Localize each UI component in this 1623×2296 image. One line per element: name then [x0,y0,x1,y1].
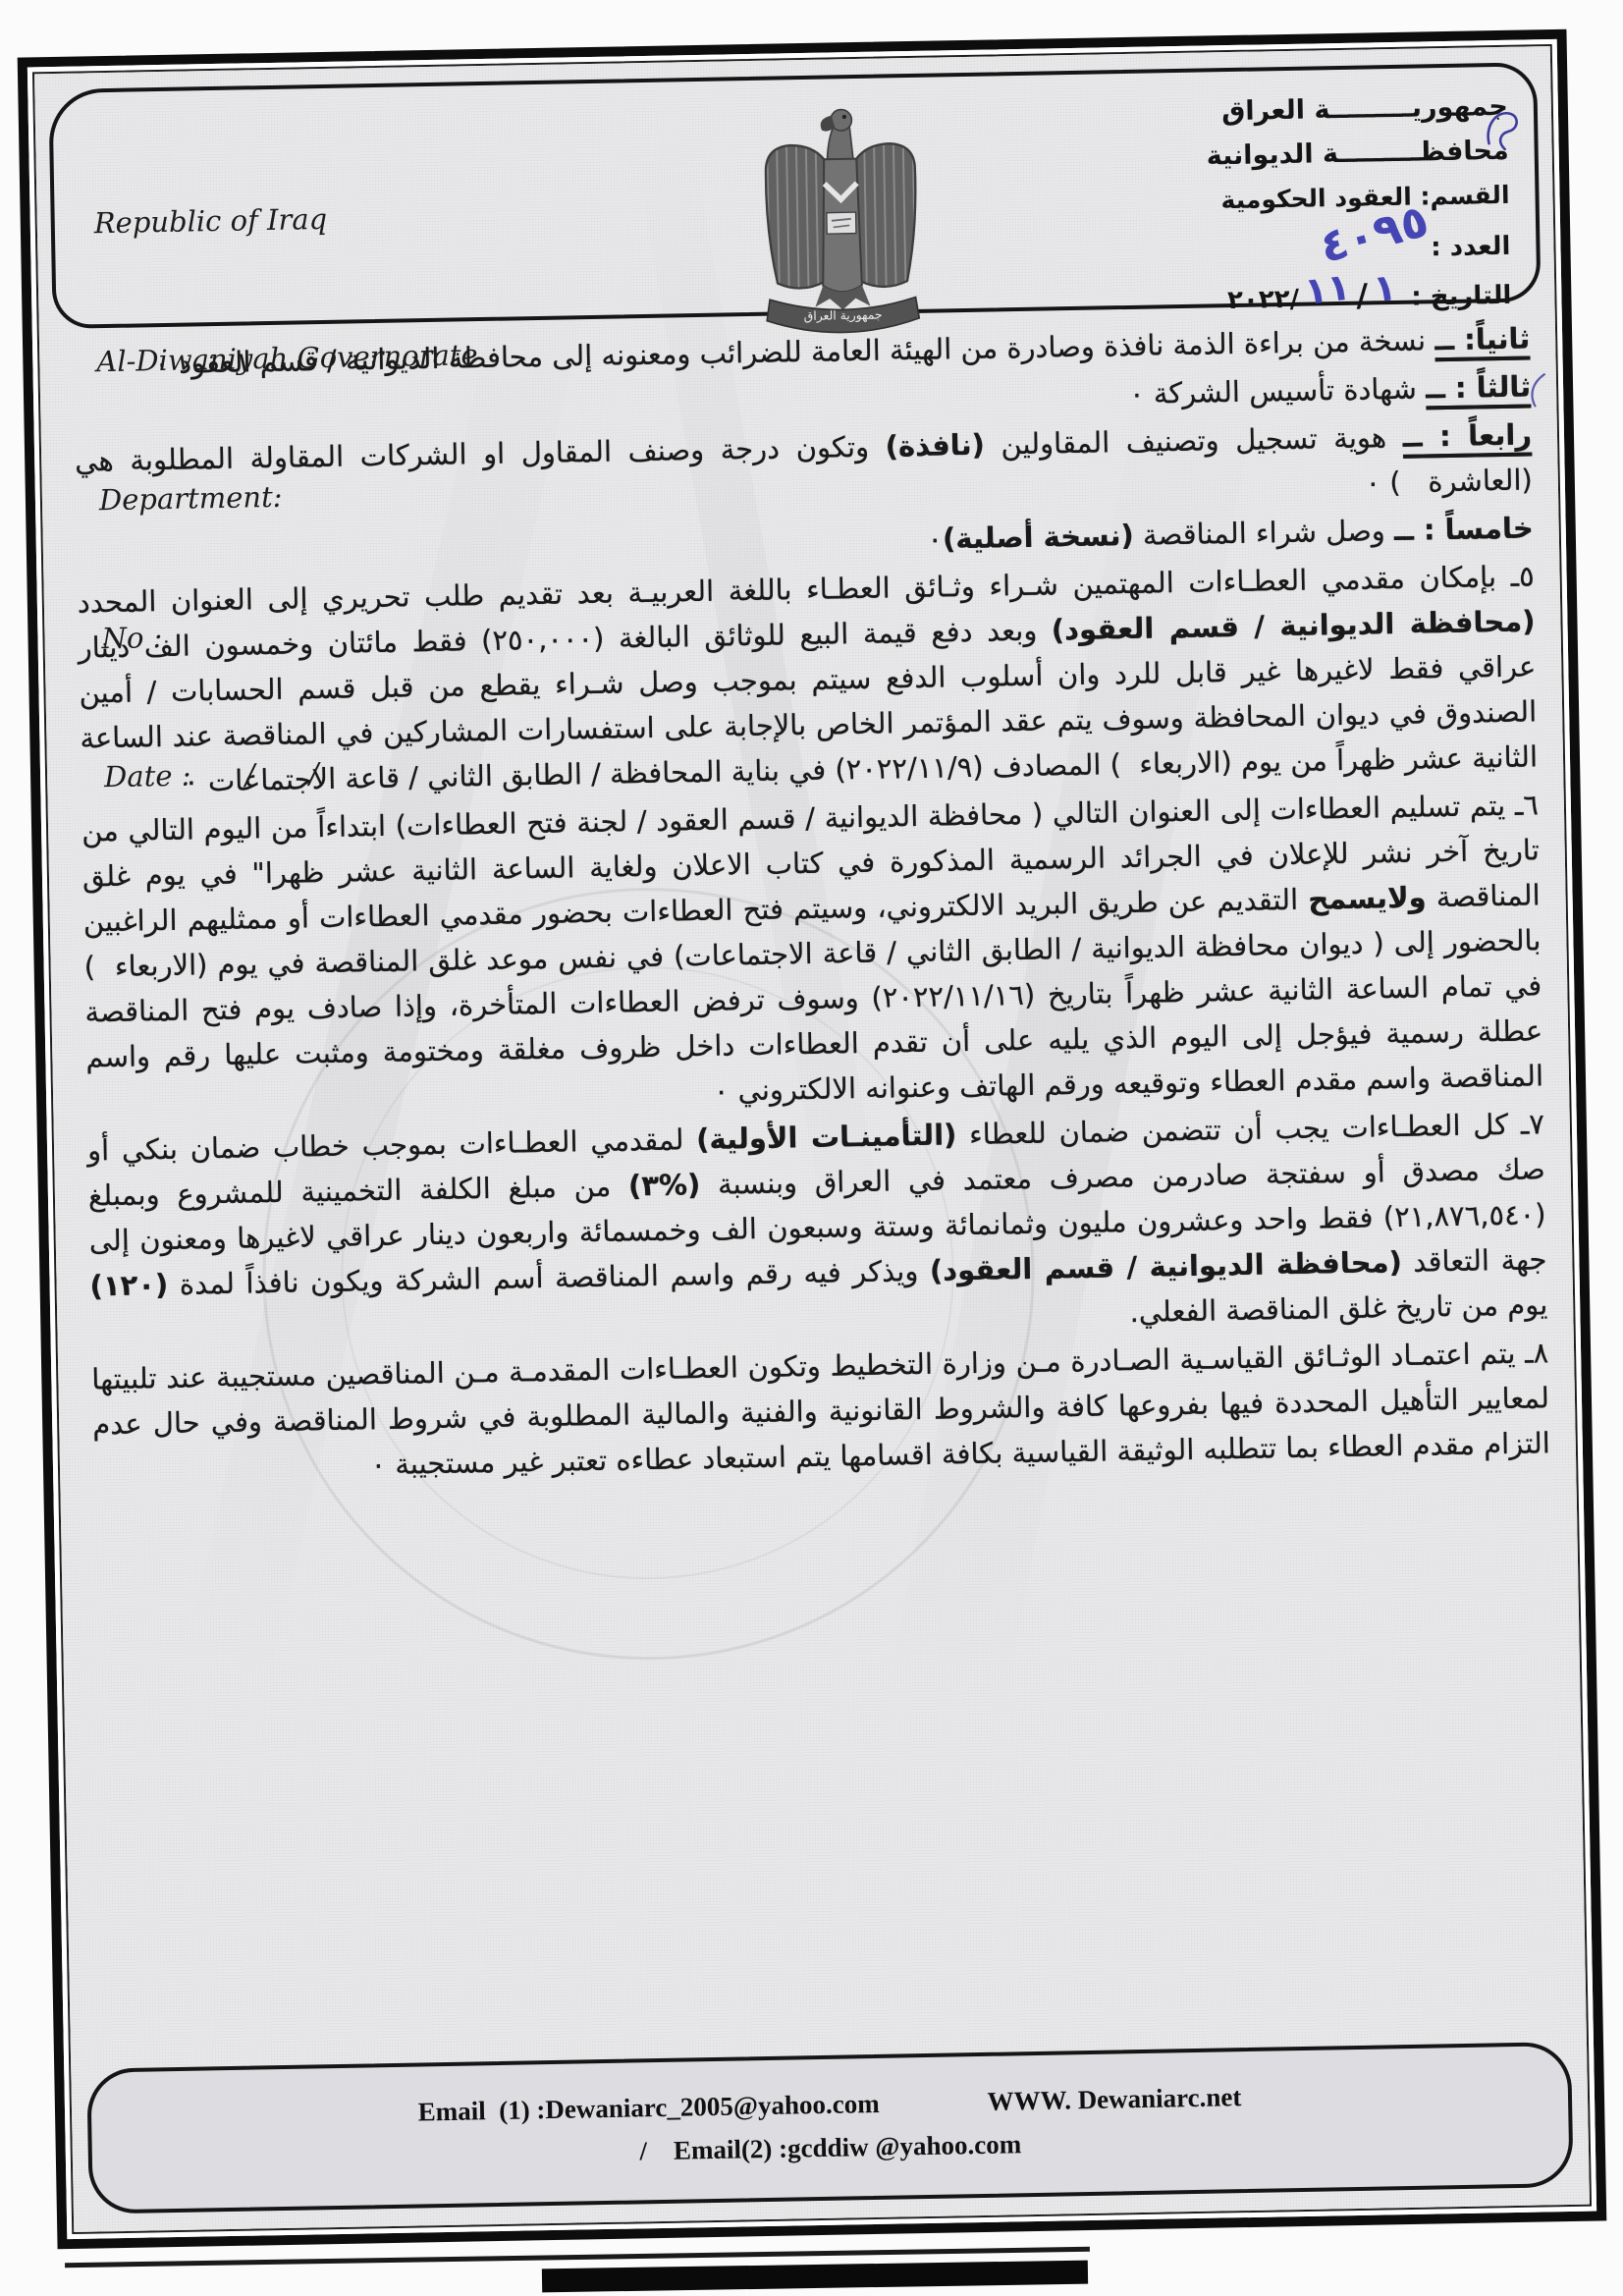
email1: Email (1) :Dewaniarc_2005@yahoo.com [417,2089,880,2127]
english-country: Republic of Iraq [93,193,475,246]
number-label: العدد : [1431,232,1511,262]
iraq-eagle-emblem: جمهورية العراق [742,96,942,348]
paragraph: ٧ـ كل العطـاءات يجب أن تتضمن ضمان للعطاء… [87,1101,1548,1353]
text-segment: (٣%) [628,1168,701,1202]
text-segment: ٨ـ يتم اعتمـاد الوثـائق القياسـية الصـاد… [91,1336,1550,1481]
paragraph: ٨ـ يتم اعتمـاد الوثـائق القياسـية الصـاد… [91,1330,1550,1492]
emblem-area: جمهورية العراق [742,96,941,304]
english-no-label: No : [101,609,483,662]
printed-year: ٢٠٢٢/ [1227,278,1300,323]
text-segment: ثالثاً : ــ [1426,369,1532,405]
letterhead-english: Republic of Iraq Al-Diwaniyah Governorat… [92,101,477,316]
text-segment: شهادة تأسيس الشركة ٠ [1129,371,1427,410]
scan-edge-artifact [542,2261,1088,2293]
arabic-country: جمهوريـــــــــة العراق [1206,84,1509,135]
english-date-label: Date : [104,759,191,794]
date-label: التاريخ : [1411,281,1512,312]
text-segment: ثانياً: ــ [1434,321,1531,356]
document-number-line: العدد :٤٠٩٥ [1208,217,1511,275]
text-segment: يوم من تاريخ غلق المناقصة الفعلي. [1129,1287,1547,1329]
outer-frame-border: Republic of Iraq Al-Diwaniyah Governorat… [18,29,1607,2250]
emblem-banner-text: جمهورية العراق [804,308,883,324]
english-date-value: / / [190,756,319,792]
text-segment: ويذكر فيه رقم واسم المناقصة أسم الشركة و… [168,1254,930,1301]
text-segment: ولايسمح [1308,880,1427,915]
english-date-line: Date : / / [104,747,486,800]
text-segment: (محافظة الديوانية / قسم العقود) [1052,604,1536,646]
letterhead-arabic: جمهوريـــــــــة العراق محافظـــــــــة … [1205,82,1511,297]
document-date-line: التاريخ : ١/١١٢٠٢٢/ [1209,269,1512,324]
footer-gap [880,2110,988,2112]
paper: Republic of Iraq Al-Diwaniyah Governorat… [34,46,1590,2232]
text-segment: رابعاً : ــ [1402,417,1532,453]
text-segment: وصل شراء المناقصة [1133,514,1394,552]
date-separator: / [1356,273,1369,317]
text-segment: التقديم عن طريق البريد الالكتروني، وسيتم… [83,883,1544,1108]
arabic-governorate: محافظـــــــــة الديوانية [1206,129,1509,179]
text-segment: (١٢٠) [89,1268,168,1302]
inner-frame-border: Republic of Iraq Al-Diwaniyah Governorat… [32,44,1592,2234]
handwritten-mark [1521,370,1551,410]
text-segment: (التأمينـات الأولية) [696,1118,957,1156]
scanned-document-page: { "header": { "english": { "lines": ["Re… [0,0,1623,2296]
text-segment: (محافظة الديوانية / قسم العقود) [930,1245,1402,1287]
text-segment: هوية تسجيل وتصنيف المقاولين [984,420,1403,462]
scanned-sheet: Republic of Iraq Al-Diwaniyah Governorat… [18,29,1607,2250]
english-department-label: Department: [99,470,481,523]
text-segment: ٠ [918,521,943,555]
letterhead: Republic of Iraq Al-Diwaniyah Governorat… [48,62,1541,329]
text-segment: خامساً : ــ [1394,511,1534,547]
text-segment: (نافذة) [885,428,985,464]
handwritten-mark [1481,104,1527,156]
handwritten-day: ١ [1371,265,1399,312]
text-segment: (نسخة أصلية) [943,519,1134,556]
handwritten-month: ١١ [1302,265,1353,314]
footer-contact-box: Email (1) :Dewaniarc_2005@yahoo.comWWW. … [86,2042,1573,2214]
text-segment: ٧ـ كل العطـاءات يجب أن تتضمن ضمان للعطاء [956,1107,1544,1151]
frame-gap: Republic of Iraq Al-Diwaniyah Governorat… [27,39,1596,2239]
english-governorate: Al-Diwaniyah Governorate [96,332,478,385]
website: WWW. Dewaniarc.net [987,2082,1241,2116]
